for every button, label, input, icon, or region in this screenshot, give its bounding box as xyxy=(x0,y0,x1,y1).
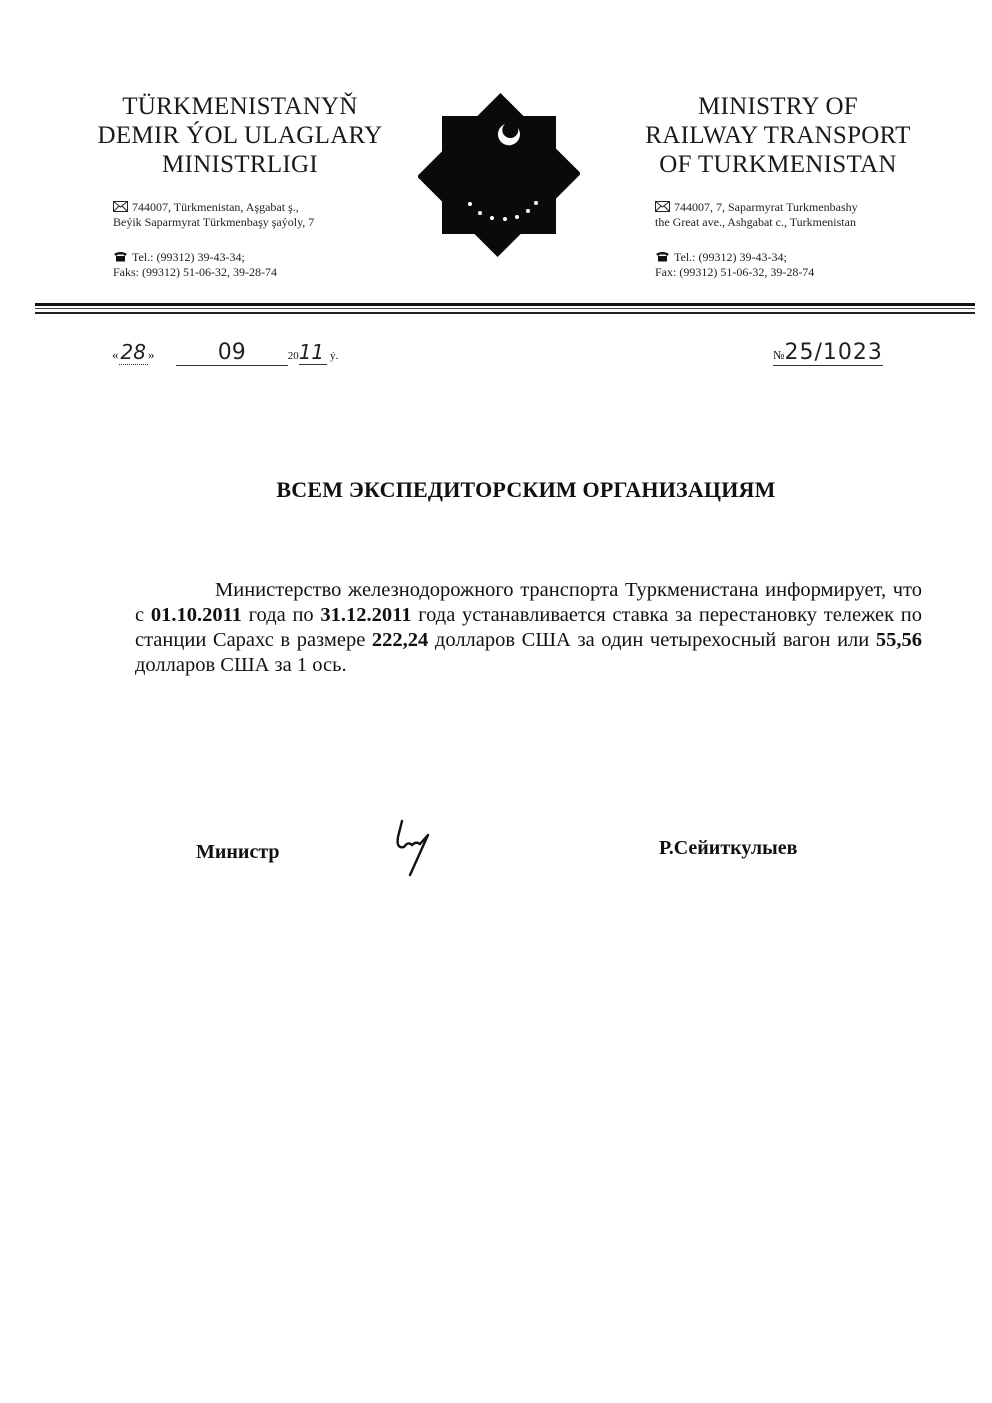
document-body: Министерство железнодорожного транспорта… xyxy=(135,578,922,678)
header-divider xyxy=(35,312,975,314)
phone-line: Tel.: (99312) 39-43-34; xyxy=(674,250,787,264)
letterhead-left-phone: Tel.: (99312) 39-43-34; Faks: (99312) 51… xyxy=(113,250,277,280)
address-line: 744007, 7, Saparmyrat Turkmenbashy xyxy=(674,200,858,214)
letterhead-right-title-line: OF TURKMENISTAN xyxy=(618,150,938,179)
body-text: долларов США за один четырехосный вагон … xyxy=(428,629,876,651)
date-to: 31.12.2011 xyxy=(320,604,411,626)
phone-line: Tel.: (99312) 39-43-34; xyxy=(132,250,245,264)
signatory-name: Р.Сейиткулыев xyxy=(659,837,797,860)
signatory-position: Министр xyxy=(196,841,280,864)
date-day: 28 xyxy=(119,340,148,365)
reference-label: № xyxy=(773,348,784,362)
address-line: the Great ave., Ashgabat c., Turkmenista… xyxy=(655,215,858,230)
date-year-prefix: 20 xyxy=(288,350,299,362)
reference-number: №25/1023 xyxy=(773,340,883,366)
date-year-suffix: 11 xyxy=(299,340,327,365)
date-month: 09 xyxy=(176,340,288,366)
letterhead-left-title-line: MINISTRLIGI xyxy=(80,150,400,179)
amount-per-wagon: 222,24 xyxy=(372,629,428,651)
letterhead-right-title: MINISTRY OF RAILWAY TRANSPORT OF TURKMEN… xyxy=(618,92,938,179)
letterhead-right-address: 744007, 7, Saparmyrat Turkmenbashy the G… xyxy=(655,200,858,230)
header-divider xyxy=(35,303,975,306)
handwritten-signature xyxy=(388,815,438,877)
date-close-quote: » xyxy=(148,347,155,362)
address-line: Beýik Saparmyrat Türkmenbaşy şaýoly, 7 xyxy=(113,215,314,230)
letterhead-left-address: 744007, Türkmenistan, Aşgabat ş., Beýik … xyxy=(113,200,314,230)
date-line: «28» 092011 ý. xyxy=(112,340,338,366)
letterhead-left-title-line: DEMIR ÝOL ULAGLARY xyxy=(80,121,400,150)
envelope-icon xyxy=(113,201,128,212)
body-text: года по xyxy=(242,604,320,626)
envelope-icon xyxy=(655,201,670,212)
amount-per-axle: 55,56 xyxy=(876,629,922,651)
document-title: ВСЕМ ЭКСПЕДИТОРСКИМ ОРГАНИЗАЦИЯМ xyxy=(0,477,992,503)
eight-pointed-star-emblem xyxy=(418,92,580,258)
fax-line: Fax: (99312) 51-06-32, 39-28-74 xyxy=(655,265,814,280)
fax-line: Faks: (99312) 51-06-32, 39-28-74 xyxy=(113,265,277,280)
letterhead-left-title-line: TÜRKMENISTANYŇ xyxy=(80,92,400,121)
letterhead-right-title-line: RAILWAY TRANSPORT xyxy=(618,121,938,150)
date-open-quote: « xyxy=(112,347,119,362)
telephone-icon xyxy=(655,251,670,262)
header-divider xyxy=(35,308,975,309)
date-year-abbr: ý. xyxy=(330,350,338,362)
reference-value: 25/1023 xyxy=(784,340,882,365)
date-from: 01.10.2011 xyxy=(151,604,242,626)
letterhead-left-title: TÜRKMENISTANYŇ DEMIR ÝOL ULAGLARY MINIST… xyxy=(80,92,400,179)
telephone-icon xyxy=(113,251,128,262)
letterhead-right-phone: Tel.: (99312) 39-43-34; Fax: (99312) 51-… xyxy=(655,250,814,280)
address-line: 744007, Türkmenistan, Aşgabat ş., xyxy=(132,200,299,214)
body-text: долларов США за 1 ось. xyxy=(135,654,347,676)
letterhead-right-title-line: MINISTRY OF xyxy=(618,92,938,121)
